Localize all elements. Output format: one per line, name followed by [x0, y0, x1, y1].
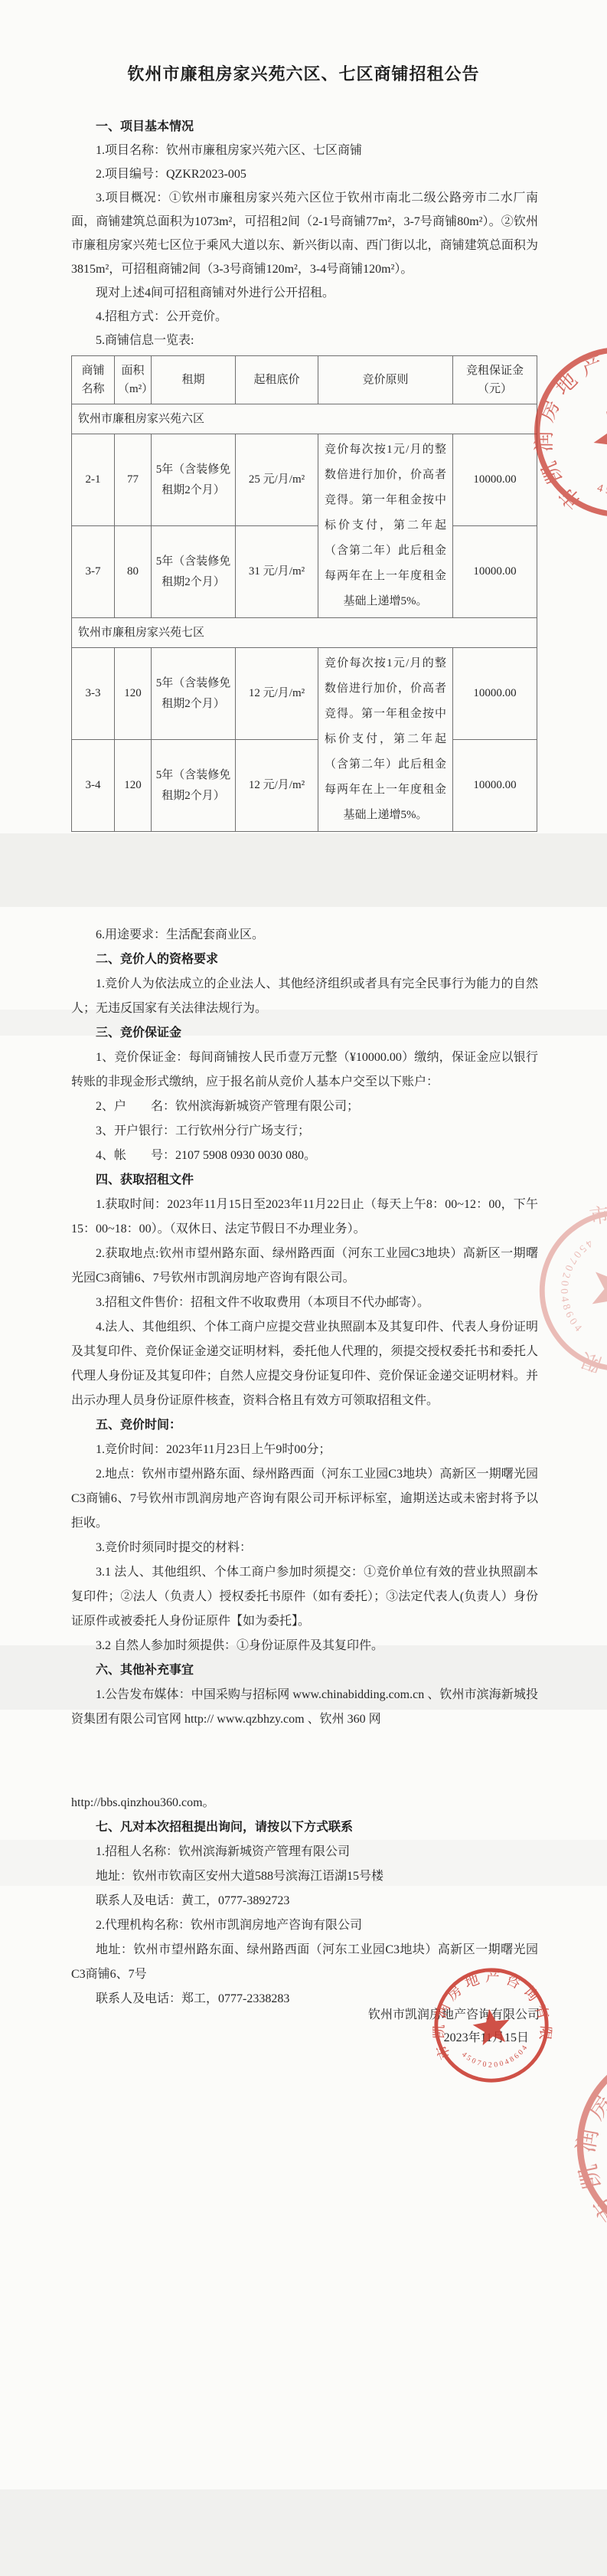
- section-heading: 二、竞价人的资格要求: [71, 948, 538, 972]
- shop-info-table: 商铺名称 面积（m²） 租期 起租底价 竞价原则 竞租保证金（元） 钦州市廉租房…: [71, 355, 537, 832]
- paragraph: 3.1 法人、其他组织、个体工商户参加时须提交：①竞价单位有效的营业执照副本复印…: [71, 1560, 538, 1634]
- company-seal-partial: 钦州市凯润房地产咨询有限公司 4507020048604: [527, 1198, 607, 1383]
- paragraph: 3.招租文件售价：招租文件不收取费用（本项目不代办邮寄）。: [71, 1291, 538, 1315]
- svg-text:4507020048604: 4507020048604: [592, 431, 607, 516]
- col-header: （m²）: [118, 380, 148, 398]
- section-heading: 七、凡对本次招租提出询问，请按以下方式联系: [71, 1815, 538, 1840]
- paragraph: 地址：钦州市钦南区安州大道588号滨海江语湖15号楼: [71, 1864, 538, 1889]
- svg-text:钦州市凯润房地产咨询有限公司: 钦州市凯润房地产咨询有限公司: [570, 1198, 607, 1383]
- section-heading: 五、竞价时间：: [71, 1413, 538, 1438]
- seal-code-text: 4507020048604: [554, 1236, 596, 1337]
- paragraph: 4.法人、其他组织、个体工商户应提交营业执照副本及其复印件、代表人身份证明及其复…: [71, 1315, 538, 1413]
- paragraph: 1.获取时间：2023年11月15日至2023年11月22日止（每天上午8：00…: [71, 1193, 538, 1242]
- deposit: 10000.00: [453, 740, 537, 832]
- shop-name: 3-3: [72, 648, 115, 740]
- section-heading: 一、项目基本情况: [71, 115, 538, 139]
- col-header: 起租底价: [236, 356, 318, 404]
- base-price: 25 元/月/m²: [236, 434, 318, 526]
- paragraph: 3.竞价时须同时提交的材料：: [71, 1536, 538, 1560]
- table-row: 3-3 120 5年（含装修免租期2个月） 12 元/月/m² 竞价每次按1元/…: [72, 648, 537, 740]
- paragraph: 4、帐 号：2107 5908 0930 0030 080。: [71, 1144, 538, 1168]
- base-price: 12 元/月/m²: [236, 740, 318, 832]
- section-heading: 四、获取招租文件: [71, 1168, 538, 1193]
- lease-term: 5年（含装修免租期2个月）: [152, 434, 236, 526]
- announcement-page: 钦州市廉租房家兴苑六区、七区商铺招租公告 一、项目基本情况 1.项目名称：钦州市…: [0, 0, 607, 2576]
- paragraph: 3.项目概况：①钦州市廉租房家兴苑六区位于钦州市南北二级公路旁市二水厂南面，商铺…: [71, 186, 538, 281]
- paragraph: 1.竞价人为依法成立的企业法人、其他经济组织或者具有完全民事行为能力的自然人；无…: [71, 972, 538, 1021]
- lease-term: 5年（含装修免租期2个月）: [152, 526, 236, 618]
- base-price: 12 元/月/m²: [236, 648, 318, 740]
- signature-company: 钦州市凯润房地产咨询有限公司: [71, 2004, 540, 2027]
- shop-area: 120: [115, 740, 152, 832]
- paragraph: 现对上述4间可招租商铺对外进行公开招租。: [71, 281, 538, 305]
- seal-star-icon: [583, 397, 607, 470]
- paragraph: 1.招租人名称：钦州滨海新城资产管理有限公司: [71, 1840, 538, 1864]
- shop-name: 2-1: [72, 434, 115, 526]
- paragraph: 2.获取地点:钦州市望州路东面、绿州路西面（河东工业园C3地块）高新区一期曙光园…: [71, 1242, 538, 1291]
- table-group-row: 钦州市廉租房家兴苑六区: [72, 404, 537, 434]
- deposit: 10000.00: [453, 434, 537, 526]
- table-group-row: 钦州市廉租房家兴苑七区: [72, 618, 537, 648]
- paragraph: 4.招租方式：公开竞价。: [71, 305, 538, 329]
- url-line: http://bbs.qinzhou360.com。: [71, 1791, 538, 1815]
- table-row: 3-7 80 5年（含装修免租期2个月） 31 元/月/m² 10000.00: [72, 526, 537, 618]
- lease-term: 5年（含装修免租期2个月）: [152, 740, 236, 832]
- paragraph: 2.项目编号：QZKR2023-005: [71, 162, 538, 186]
- table-row: 3-4 120 5年（含装修免租期2个月） 12 元/月/m² 10000.00: [72, 740, 537, 832]
- section-heading: 三、竞价保证金: [71, 1021, 538, 1046]
- paragraph: 地址：钦州市望州路东面、绿州路西面（河东工业园C3地块）高新区一期曙光园C3商铺…: [71, 1938, 538, 1987]
- section-requirements: 6.用途要求：生活配套商业区。 二、竞价人的资格要求 1.竞价人为依法成立的企业…: [71, 923, 538, 1732]
- paragraph: 1、竞价保证金：每间商铺按人民币壹万元整（¥10000.00）缴纳，保证金应以银…: [71, 1046, 538, 1095]
- seal-company-text: 钦州市凯润房地产咨询有限公司: [570, 1198, 607, 1383]
- svg-text:钦州市凯润房地产咨询有限公司: 钦州市凯润房地产咨询有限公司: [542, 2013, 607, 2234]
- shop-area: 80: [115, 526, 152, 618]
- section-contacts: http://bbs.qinzhou360.com。 七、凡对本次招租提出询问，…: [71, 1791, 538, 2011]
- shop-area: 77: [115, 434, 152, 526]
- group-label: 钦州市廉租房家兴苑六区: [72, 404, 537, 434]
- scan-band: [0, 833, 607, 907]
- paragraph: 1.项目名称：钦州市廉租房家兴苑六区、七区商铺: [71, 139, 538, 162]
- col-header: （元）: [456, 380, 534, 398]
- paragraph: 3、开户银行：工行钦州分行广场支行；: [71, 1119, 538, 1144]
- scan-band: [0, 2489, 607, 2576]
- paragraph: 6.用途要求：生活配套商业区。: [71, 923, 538, 948]
- paragraph: 2、户 名：钦州滨海新城资产管理有限公司；: [71, 1095, 538, 1119]
- base-price: 31 元/月/m²: [236, 526, 318, 618]
- section-heading: 六、其他补充事宜: [71, 1658, 538, 1683]
- company-seal-partial: 钦州市凯润房地产咨询有限公司 4507020048604: [542, 2013, 607, 2277]
- signature-date: 2023年11月15日: [71, 2027, 540, 2050]
- section-basic-info: 一、项目基本情况 1.项目名称：钦州市廉租房家兴苑六区、七区商铺 2.项目编号：…: [71, 115, 538, 832]
- lease-term: 5年（含装修免租期2个月）: [152, 648, 236, 740]
- seal-code-text: 4507020048604: [592, 431, 607, 516]
- seal-star-icon: [591, 1262, 607, 1319]
- page-title: 钦州市廉租房家兴苑六区、七区商铺招租公告: [46, 61, 561, 85]
- col-header: 商铺: [75, 362, 111, 380]
- paragraph: 2.地点：钦州市望州路东面、绿州路西面（河东工业园C3地块）高新区一期曙光园C3…: [71, 1462, 538, 1536]
- paragraph: 1.竞价时间：2023年11月23日上午9时00分；: [71, 1438, 538, 1462]
- svg-text:4507020048604: 4507020048604: [554, 1236, 596, 1337]
- bidding-principle: 竞价每次按1元/月的整数倍进行加价，价高者竞得。第一年租金按中标价支付，第二年起…: [318, 434, 453, 618]
- paragraph: 3.2 自然人参加时须提供：①身份证原件及其复印件。: [71, 1634, 538, 1658]
- deposit: 10000.00: [453, 526, 537, 618]
- paragraph: 2.代理机构名称：钦州市凯润房地产咨询有限公司: [71, 1913, 538, 1938]
- shop-name: 3-4: [72, 740, 115, 832]
- seal-company-text: 钦州市凯润房地产咨询有限公司: [542, 2013, 607, 2234]
- shop-name: 3-7: [72, 526, 115, 618]
- col-header: 竞租保证金: [456, 362, 534, 380]
- paragraph: 5.商铺信息一览表:: [71, 329, 538, 352]
- paragraph: 1.公告发布媒体：中国采购与招标网 www.chinabidding.com.c…: [71, 1683, 538, 1732]
- col-header: 竞价原则: [318, 356, 453, 404]
- col-header: 面积: [118, 362, 148, 380]
- paragraph: 联系人及电话：黄工，0777-3892723: [71, 1889, 538, 1913]
- group-label: 钦州市廉租房家兴苑七区: [72, 618, 537, 648]
- table-header-row: 商铺名称 面积（m²） 租期 起租底价 竞价原则 竞租保证金（元）: [72, 356, 537, 404]
- shop-area: 120: [115, 648, 152, 740]
- deposit: 10000.00: [453, 648, 537, 740]
- col-header: 租期: [152, 356, 236, 404]
- bidding-principle: 竞价每次按1元/月的整数倍进行加价，价高者竞得。第一年租金按中标价支付，第二年起…: [318, 648, 453, 832]
- signature-block: 钦州市凯润房地产咨询有限公司 2023年11月15日: [71, 2004, 540, 2050]
- col-header: 名称: [75, 380, 111, 398]
- table-row: 2-1 77 5年（含装修免租期2个月） 25 元/月/m² 竞价每次按1元/月…: [72, 434, 537, 526]
